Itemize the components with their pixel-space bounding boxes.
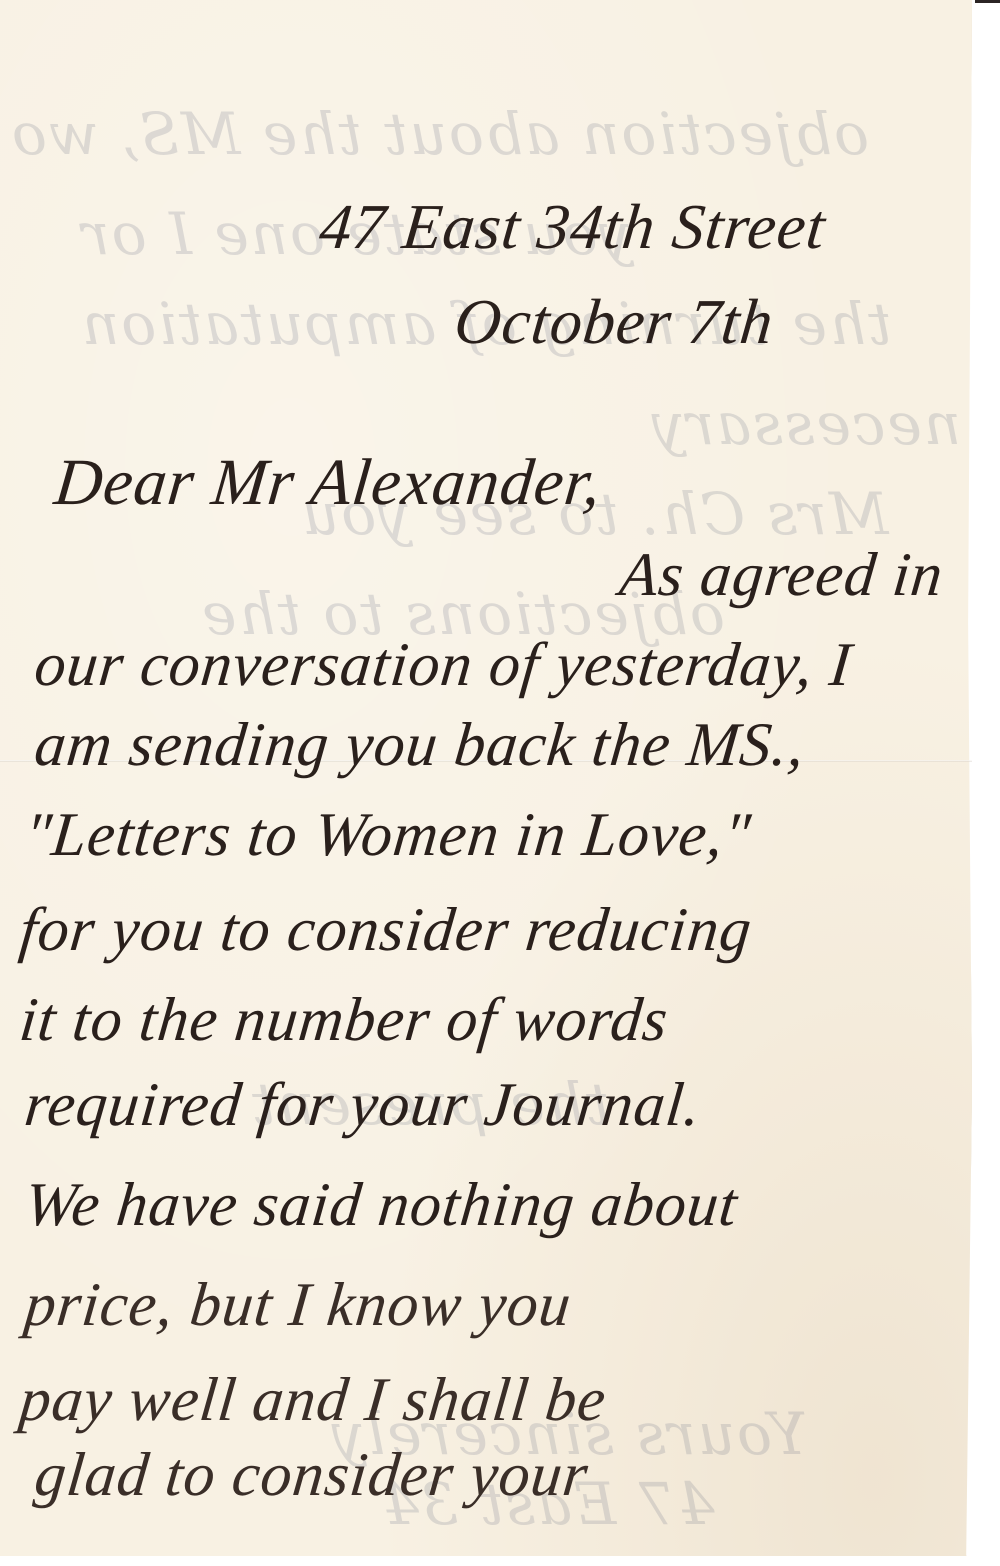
letter-body-line: As agreed in	[616, 540, 947, 611]
letter-salutation: Dear Mr Alexander,	[51, 445, 606, 521]
letter-body-line: "Letters to Women in Love,"	[21, 800, 754, 871]
letter-body-line: it to the number of words	[16, 985, 671, 1056]
letter-body-line: am sending you back the MS.,	[31, 710, 809, 781]
bleed-through-line: necessary	[650, 390, 961, 458]
letter-address: 47 East 34th Street	[316, 190, 829, 264]
letter-date: October 7th	[451, 285, 777, 359]
letter-body-line: price, but I know you	[21, 1270, 575, 1341]
letter-body-line: our conversation of yesterday, I	[31, 630, 855, 701]
bleed-through-line: objection about the MS, wo	[10, 100, 869, 168]
letter-body-line: for you to consider reducing	[16, 895, 755, 966]
letter-body-line: glad to consider your	[31, 1440, 592, 1511]
letter-body-line: We have said nothing about	[21, 1170, 741, 1241]
letter-body-line: required for your Journal.	[21, 1070, 704, 1141]
letter-body-line: pay well and I shall be	[16, 1365, 610, 1436]
scan-edge-mark	[975, 0, 1000, 3]
